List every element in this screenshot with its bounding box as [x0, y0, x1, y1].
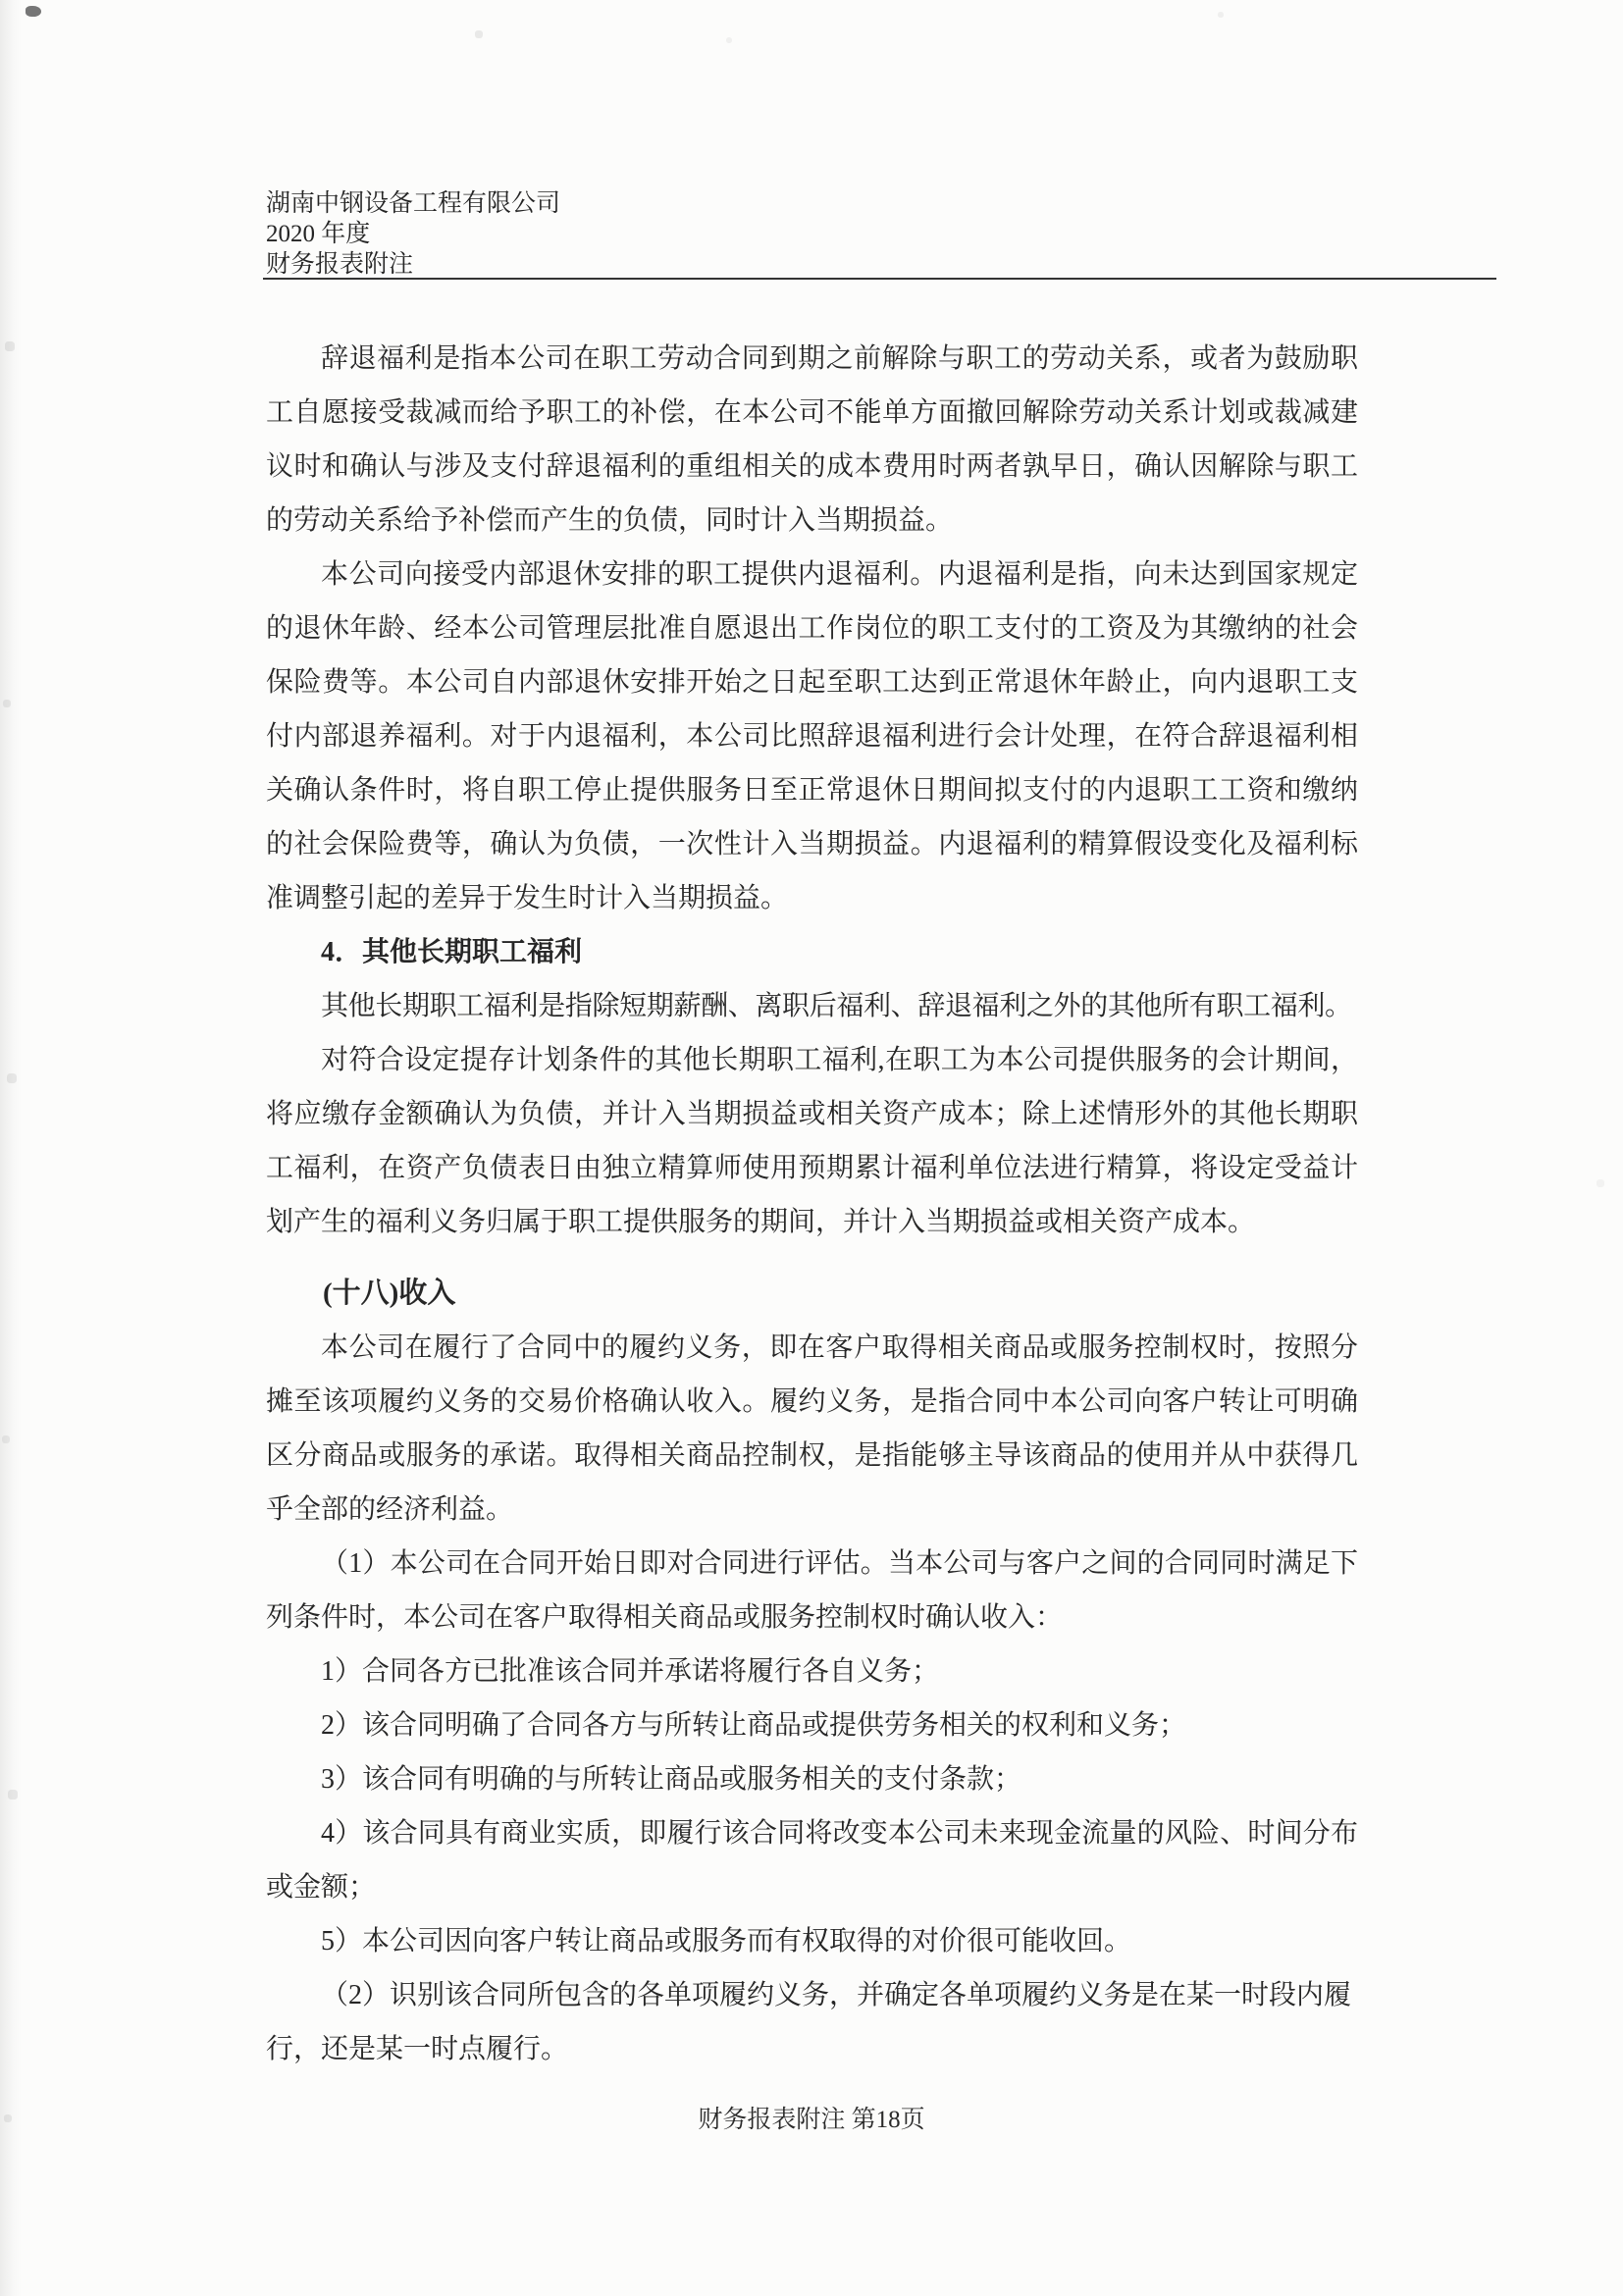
list-item-1: 1）合同各方已批准该合同并承诺将履行各自义务； [266, 1644, 1358, 1698]
scan-edge-shadow [0, 0, 22, 2296]
header-rule [263, 278, 1496, 280]
para-other-longterm-definition: 其他长期职工福利是指除短期薪酬、离职后福利、辞退福利之外的其他所有职工福利。 [266, 979, 1358, 1033]
para-early-retirement: 本公司向接受内部退休安排的职工提供内退福利。内退福利是指，向未达到国家规定的退休… [266, 548, 1358, 925]
page-footer: 财务报表附注 第18页 [0, 2100, 1623, 2135]
document-body: 辞退福利是指本公司在职工劳动合同到期之前解除与职工的劳动关系，或者为鼓励职工自愿… [266, 332, 1358, 2076]
scan-corner-mark [26, 6, 41, 17]
heading-revenue: (十八)收入 [266, 1267, 1358, 1321]
para-contract-assessment: （1）本公司在合同开始日即对合同进行评估。当本公司与客户之间的合同同时满足下列条… [266, 1537, 1358, 1644]
page-header: 湖南中钢设备工程有限公司 2020 年度 财务报表附注 [266, 188, 560, 280]
para-termination-benefits: 辞退福利是指本公司在职工劳动合同到期之前解除与职工的劳动关系，或者为鼓励职工自愿… [266, 332, 1358, 548]
list-item-5: 5）本公司因向客户转让商品或服务而有权取得的对价很可能收回。 [266, 1914, 1358, 1968]
para-revenue-recognition: 本公司在履行了合同中的履约义务，即在客户取得相关商品或服务控制权时，按照分摊至该… [266, 1321, 1358, 1537]
list-item-4: 4）该合同具有商业实质，即履行该合同将改变本公司未来现金流量的风险、时间分布或金… [266, 1806, 1358, 1914]
list-item-3: 3）该合同有明确的与所转让商品或服务相关的支付条款； [266, 1752, 1358, 1806]
document-title: 财务报表附注 [266, 249, 560, 280]
scan-noise-specks [0, 0, 2, 2]
list-item-2: 2）该合同明确了合同各方与所转让商品或提供劳务相关的权利和义务； [266, 1698, 1358, 1752]
document-page: 湖南中钢设备工程有限公司 2020 年度 财务报表附注 辞退福利是指本公司在职工… [0, 0, 1623, 2296]
company-name: 湖南中钢设备工程有限公司 [266, 188, 560, 219]
footer-page-label: 财务报表附注 第18页 [698, 2107, 924, 2133]
para-performance-obligations: （2）识别该合同所包含的各单项履约义务，并确定各单项履约义务是在某一时段内履行，… [266, 1968, 1358, 2076]
heading-other-longterm-benefits: 4．其他长期职工福利 [266, 925, 1358, 979]
report-period: 2020 年度 [266, 219, 560, 249]
para-other-longterm-accounting: 对符合设定提存计划条件的其他长期职工福利,在职工为本公司提供服务的会计期间，将应… [266, 1033, 1358, 1249]
